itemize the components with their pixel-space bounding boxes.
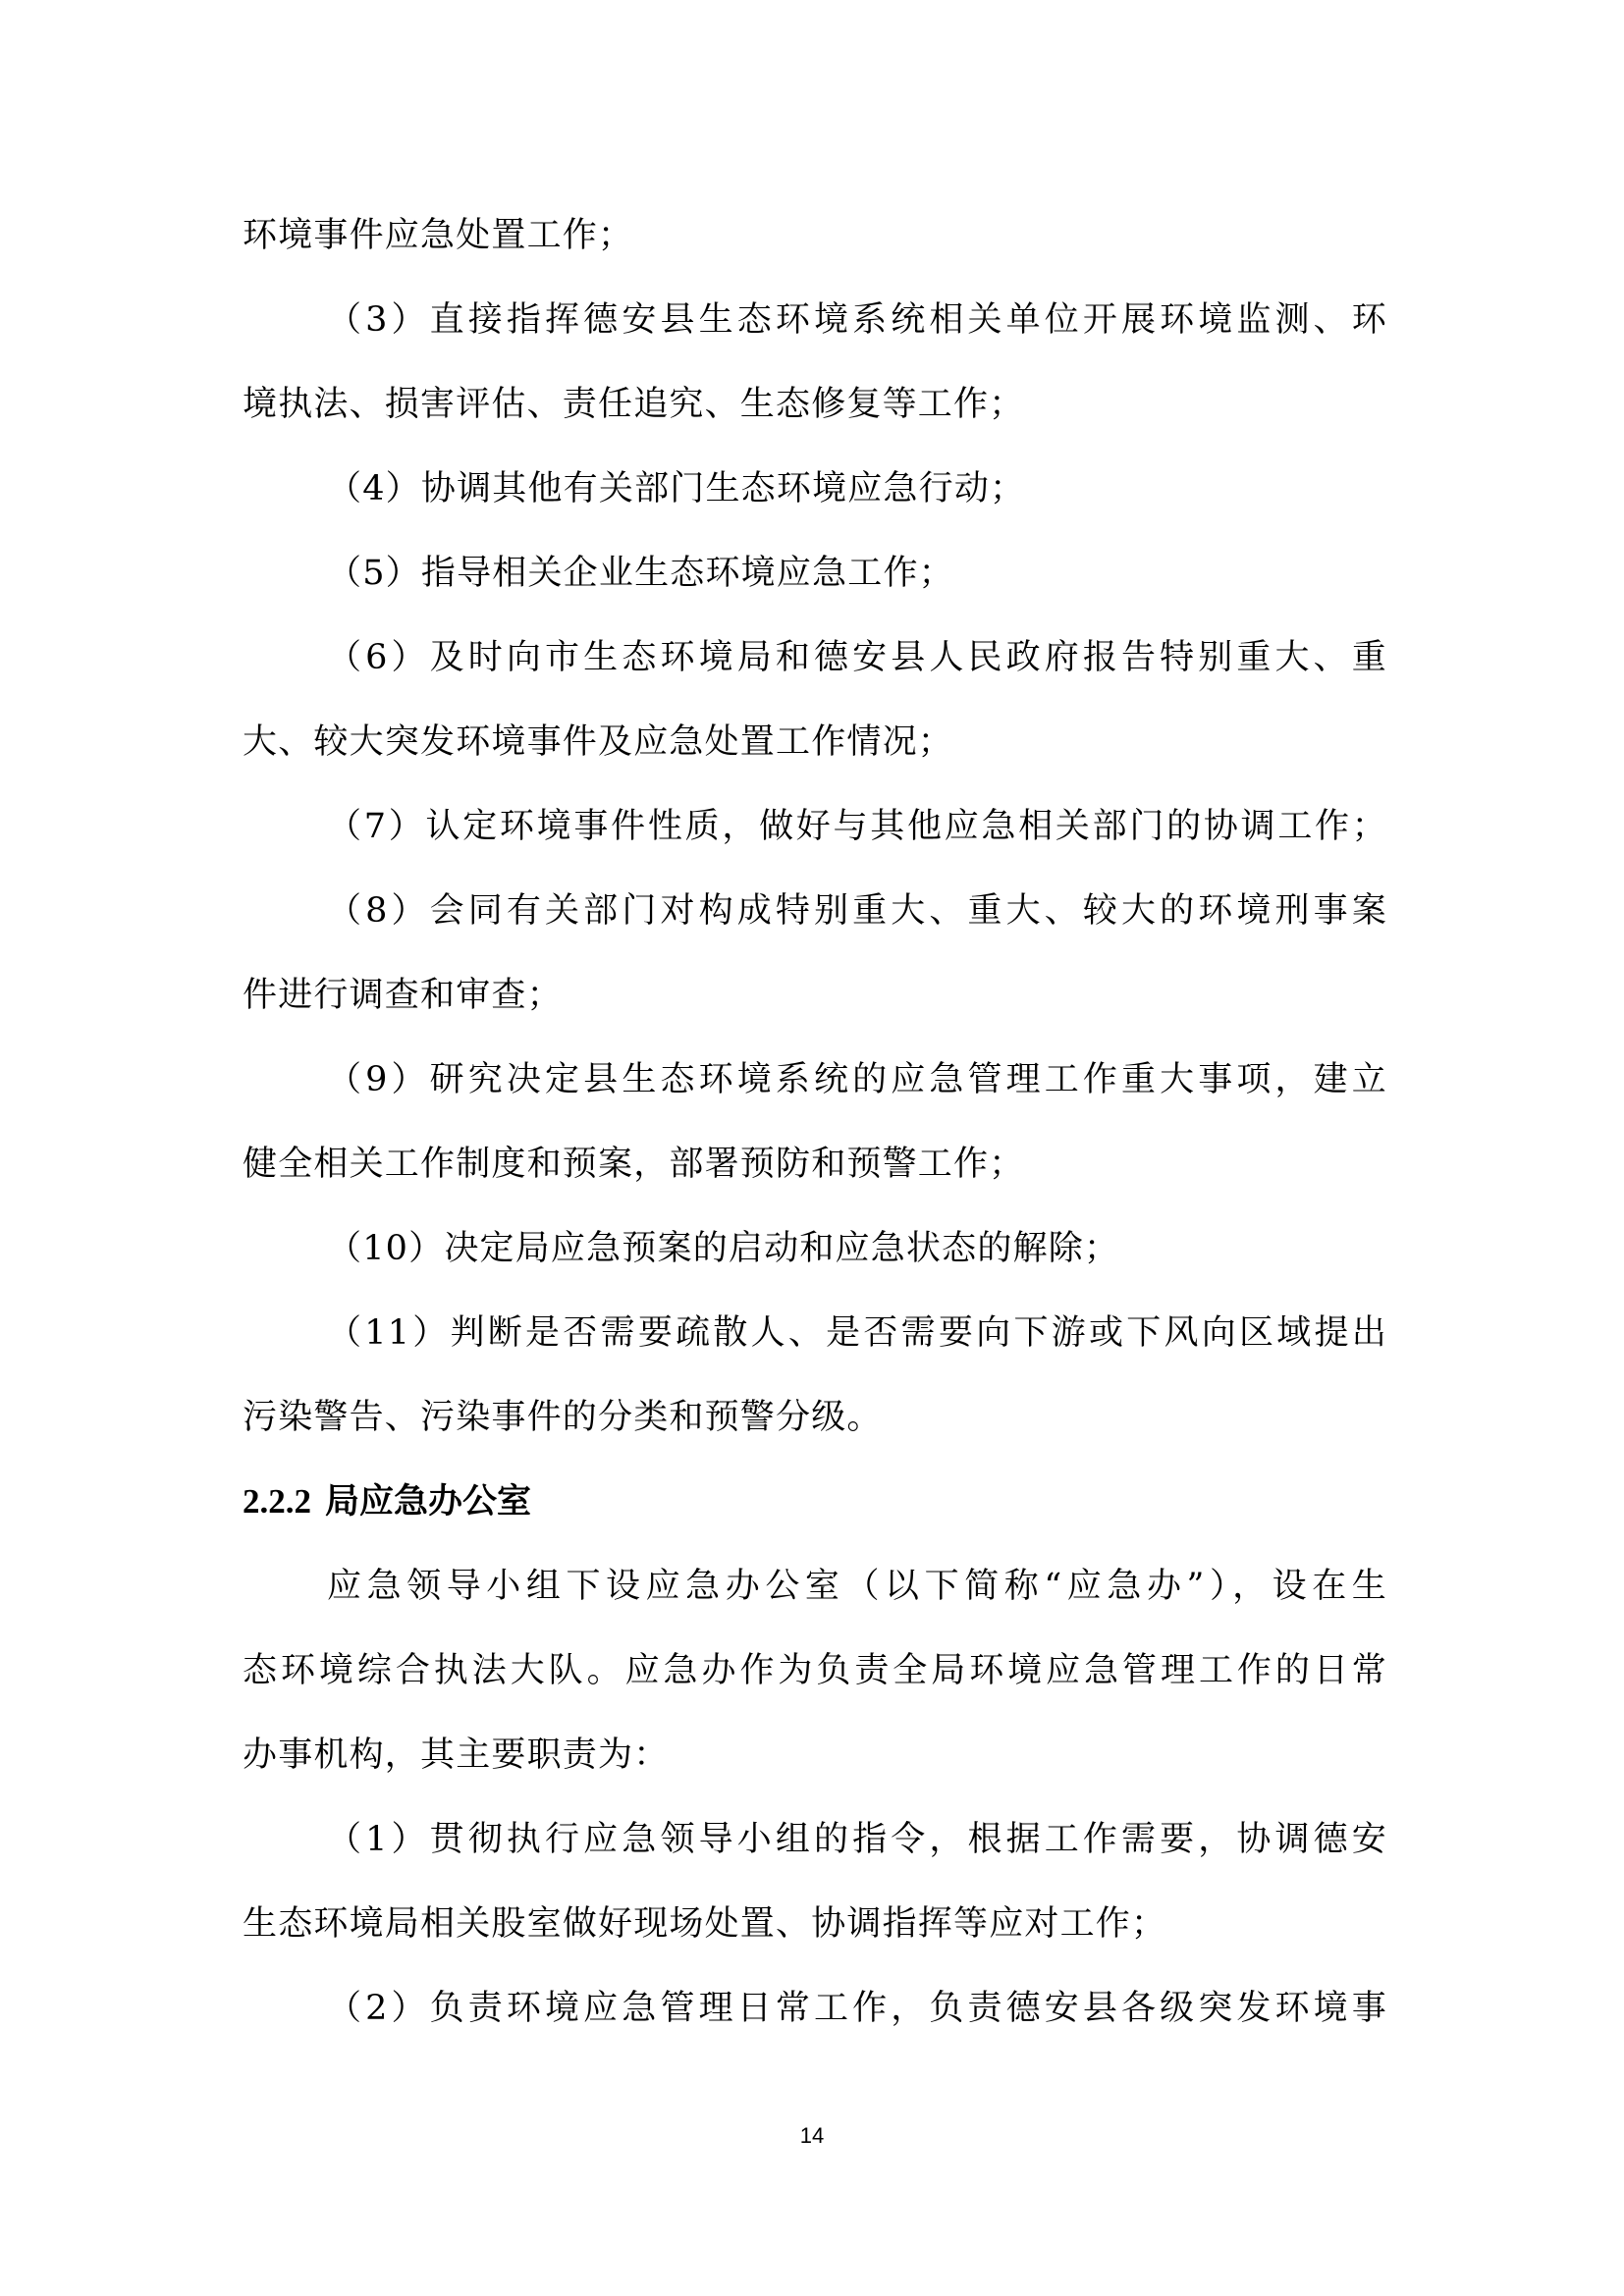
section-heading: 2.2.2局应急办公室 [243, 1477, 531, 1526]
section-number: 2.2.2 [243, 1482, 311, 1521]
text-line: 态环境综合执法大队。应急办作为负责全局环境应急管理工作的日常 [243, 1646, 1387, 1695]
text-line: （2）负责环境应急管理日常工作，负责德安县各级突发环境事 [243, 1984, 1387, 2033]
text-line: （11）判断是否需要疏散人、是否需要向下游或下风向区域提出 [243, 1308, 1387, 1358]
document-page: 环境事件应急处置工作； （3）直接指挥德安县生态环境系统相关单位开展环境监测、环… [0, 0, 1624, 2296]
text-line: 应急领导小组下设应急办公室（以下简称“应急办”），设在生 [243, 1562, 1387, 1611]
text-line: （6）及时向市生态环境局和德安县人民政府报告特别重大、重 [243, 633, 1387, 682]
text-line: 污染警告、污染事件的分类和预警分级。 [243, 1393, 1387, 1442]
text-line: （7）认定环境事件性质，做好与其他应急相关部门的协调工作； [243, 802, 1387, 851]
page-number: 14 [0, 2123, 1624, 2149]
text-line: （5）指导相关企业生态环境应急工作； [243, 549, 1387, 598]
text-line: 健全相关工作制度和预案，部署预防和预警工作； [243, 1140, 1387, 1189]
text-line: 境执法、损害评估、责任追究、生态修复等工作； [243, 380, 1387, 429]
text-line: （10）决定局应急预案的启动和应急状态的解除； [243, 1224, 1387, 1273]
text-line: 大、较大突发环境事件及应急处置工作情况； [243, 718, 1387, 767]
text-line: 办事机构，其主要职责为： [243, 1731, 1387, 1780]
text-line: （1）贯彻执行应急领导小组的指令，根据工作需要，协调德安 [243, 1815, 1387, 1864]
text-line: （3）直接指挥德安县生态环境系统相关单位开展环境监测、环 [243, 295, 1387, 345]
section-title: 局应急办公室 [325, 1482, 531, 1522]
text-line: （4）协调其他有关部门生态环境应急行动； [243, 464, 1387, 513]
text-line: 生态环境局相关股室做好现场处置、协调指挥等应对工作； [243, 1899, 1387, 1949]
text-line: （9）研究决定县生态环境系统的应急管理工作重大事项，建立 [243, 1055, 1387, 1104]
text-line: 环境事件应急处置工作； [243, 211, 1387, 260]
text-line: （8）会同有关部门对构成特别重大、重大、较大的环境刑事案 [243, 886, 1387, 935]
text-line: 件进行调查和审查； [243, 971, 1387, 1020]
